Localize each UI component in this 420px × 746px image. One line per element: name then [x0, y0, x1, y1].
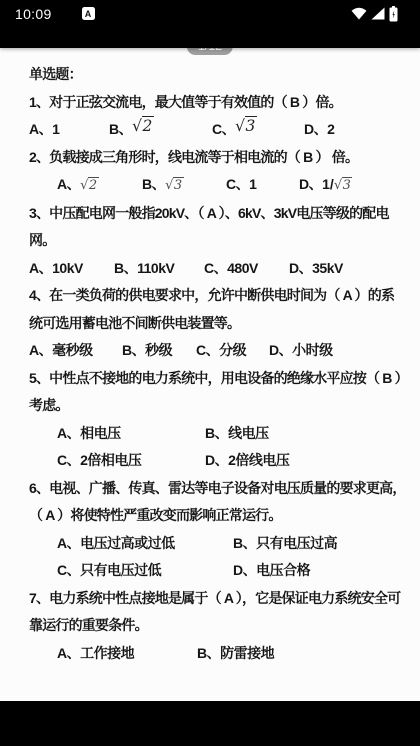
option-label: A、	[29, 260, 52, 276]
radical-sign-icon: √	[80, 178, 88, 193]
option-text: 1	[249, 176, 256, 192]
sqrt-formula: √2	[80, 172, 99, 200]
radical-sign-icon: √	[132, 117, 141, 135]
option-text: 防雷接地	[220, 645, 274, 661]
question-5: 5、中性点不接地的电力系统中，用电设备的绝缘水平应按（ B ）考虑。A、相电压B…	[29, 365, 415, 475]
option-text: 2	[327, 121, 334, 137]
option-label: D、	[304, 121, 327, 137]
option-text: 电压合格	[256, 562, 310, 578]
question-text-line: 考虑。	[29, 392, 415, 420]
option-D: D、35kV	[289, 255, 415, 283]
notification-app-icon: A	[82, 7, 95, 20]
option-A: A、1	[29, 116, 109, 144]
option-A: A、10kV	[29, 255, 114, 283]
phone-screen: 10:09 A 1/12 单选题： 1、对于正弦交流电，最大值等于有效值的（ B…	[0, 0, 420, 746]
option-text: 分级	[219, 342, 246, 358]
option-D: D、2倍线电压	[205, 447, 415, 475]
option-label: A、	[57, 535, 80, 551]
option-label: C、	[212, 121, 235, 137]
question-text-line: 2、负载接成三角形时，线电流等于相电流的（ B ） 倍。	[29, 144, 415, 172]
option-label: D、	[205, 452, 228, 468]
option-label: D、	[269, 342, 292, 358]
option-label: D、	[233, 562, 256, 578]
question-text-line: 5、中性点不接地的电力系统中，用电设备的绝缘水平应按（ B ）	[29, 365, 415, 393]
wifi-icon	[351, 7, 367, 20]
option-text: 秒级	[145, 342, 172, 358]
radicand: 3	[342, 177, 353, 193]
question-text-line: （ A ）将使特性严重改变而影响正常运行。	[29, 502, 415, 530]
option-label: C、	[57, 452, 80, 468]
option-label: A、	[57, 176, 80, 192]
question-text-line: 统可选用蓄电池不间断供电装置等。	[29, 310, 415, 338]
question-text-line: 3、中压配电网一般指20kV、（ A ）、6kV、3kV电压等级的配电	[29, 200, 415, 228]
option-text: 2倍相电压	[80, 452, 141, 468]
question-text-line: 1、对于正弦交流电，最大值等于有效值的（ B ）倍。	[29, 89, 415, 117]
option-text: 2倍线电压	[228, 452, 289, 468]
option-C: C、2倍相电压	[57, 447, 205, 475]
option-label: B、	[142, 176, 165, 192]
option-text: 480V	[227, 260, 258, 276]
option-D: D、1/√3	[299, 171, 415, 200]
option-B: B、√2	[109, 116, 212, 144]
radical-sign-icon: √	[334, 178, 342, 193]
option-label: B、	[114, 260, 137, 276]
option-prefix: 1/	[322, 176, 334, 192]
option-C: C、1	[226, 171, 299, 200]
option-A: A、相电压	[57, 420, 205, 448]
option-text: 电压过高或过低	[80, 535, 175, 551]
option-label: B、	[109, 121, 132, 137]
option-text: 只有电压过低	[80, 562, 161, 578]
option-A: A、电压过高或过低	[57, 530, 233, 558]
option-label: B、	[233, 535, 256, 551]
question-text-line: 靠运行的重要条件。	[29, 612, 415, 640]
sqrt-formula: √3	[334, 172, 353, 200]
battery-charging-icon	[389, 6, 398, 22]
options-grid: A、10kVB、110kVC、480VD、35kV	[29, 255, 415, 283]
option-text: 毫秒级	[52, 342, 93, 358]
options-grid: A、√2B、√3C、1D、1/√3	[57, 171, 415, 200]
option-label: D、	[299, 176, 322, 192]
option-B: B、秒级	[122, 337, 196, 365]
option-B: B、√3	[142, 171, 226, 200]
option-C: C、分级	[196, 337, 269, 365]
question-text-line: 7、电力系统中性点接地是属于（ A ），它是保证电力系统安全可	[29, 585, 415, 613]
option-C: C、只有电压过低	[57, 557, 233, 585]
option-text: 110kV	[137, 260, 174, 276]
option-label: A、	[29, 121, 52, 137]
question-4: 4、在一类负荷的供电要求中，允许中断供电时间为（ A ）的系统可选用蓄电池不间断…	[29, 282, 415, 365]
option-C: C、√3	[212, 116, 304, 144]
question-6: 6、电视、广播、传真、雷达等电子设备对电压质量的要求更高，（ A ）将使特性严重…	[29, 475, 415, 585]
options-grid: A、工作接地B、防雷接地	[57, 640, 415, 668]
option-text: 线电压	[228, 425, 269, 441]
option-label: C、	[204, 260, 227, 276]
options-grid: A、毫秒级B、秒级C、分级D、小时级	[29, 337, 415, 365]
option-D: D、2	[304, 116, 415, 144]
option-label: C、	[196, 342, 219, 358]
option-label: B、	[197, 645, 220, 661]
options-grid: A、电压过高或过低B、只有电压过高C、只有电压过低D、电压合格	[57, 530, 415, 585]
bottom-gesture-bar[interactable]	[0, 701, 420, 746]
status-icons	[351, 0, 398, 27]
radicand: 2	[142, 116, 154, 135]
option-B: B、线电压	[205, 420, 415, 448]
option-label: B、	[122, 342, 145, 358]
document-page[interactable]: 单选题： 1、对于正弦交流电，最大值等于有效值的（ B ）倍。A、1B、√2C、…	[0, 48, 420, 701]
question-text-line: 6、电视、广播、传真、雷达等电子设备对电压质量的要求更高，	[29, 475, 415, 503]
option-A: A、√2	[57, 171, 142, 200]
option-label: C、	[57, 562, 80, 578]
question-3: 3、中压配电网一般指20kV、（ A ）、6kV、3kV电压等级的配电网。A、1…	[29, 200, 415, 283]
status-and-app-bar: 10:09 A	[0, 0, 420, 48]
option-B: B、110kV	[114, 255, 204, 283]
question-2: 2、负载接成三角形时，线电流等于相电流的（ B ） 倍。A、√2B、√3C、1D…	[29, 144, 415, 200]
question-text-line: 网。	[29, 227, 415, 255]
option-text: 工作接地	[80, 645, 134, 661]
option-label: D、	[289, 260, 312, 276]
status-time: 10:09	[15, 6, 52, 22]
radicand: 3	[173, 177, 184, 193]
question-list: 1、对于正弦交流电，最大值等于有效值的（ B ）倍。A、1B、√2C、√3D、2…	[29, 89, 415, 668]
option-text: 相电压	[80, 425, 121, 441]
question-1: 1、对于正弦交流电，最大值等于有效值的（ B ）倍。A、1B、√2C、√3D、2	[29, 89, 415, 144]
sqrt-formula: √3	[165, 172, 184, 200]
option-text: 35kV	[312, 260, 343, 276]
options-grid: A、相电压B、线电压C、2倍相电压D、2倍线电压	[57, 420, 415, 475]
option-label: A、	[29, 342, 52, 358]
radical-sign-icon: √	[165, 178, 173, 193]
option-text: 10kV	[52, 260, 83, 276]
option-D: D、电压合格	[233, 557, 415, 585]
option-text: 1	[52, 121, 59, 137]
question-text-line: 4、在一类负荷的供电要求中，允许中断供电时间为（ A ）的系	[29, 282, 415, 310]
sqrt-formula: √3	[235, 113, 257, 141]
option-label: A、	[57, 645, 80, 661]
radical-sign-icon: √	[235, 117, 244, 135]
option-label: C、	[226, 176, 249, 192]
option-A: A、工作接地	[57, 640, 197, 668]
option-B: B、只有电压过高	[233, 530, 415, 558]
option-A: A、毫秒级	[29, 337, 122, 365]
option-text: 只有电压过高	[256, 535, 337, 551]
options-grid: A、1B、√2C、√3D、2	[29, 116, 415, 144]
section-title: 单选题：	[29, 61, 415, 89]
option-B: B、防雷接地	[197, 640, 415, 668]
question-7: 7、电力系统中性点接地是属于（ A ），它是保证电力系统安全可靠运行的重要条件。…	[29, 585, 415, 668]
radicand: 3	[245, 116, 257, 135]
option-C: C、480V	[204, 255, 289, 283]
radicand: 2	[88, 177, 99, 193]
cell-signal-icon	[371, 7, 385, 20]
option-D: D、小时级	[269, 337, 415, 365]
option-text: 小时级	[292, 342, 333, 358]
option-label: B、	[205, 425, 228, 441]
option-label: A、	[57, 425, 80, 441]
sqrt-formula: √2	[132, 113, 154, 141]
